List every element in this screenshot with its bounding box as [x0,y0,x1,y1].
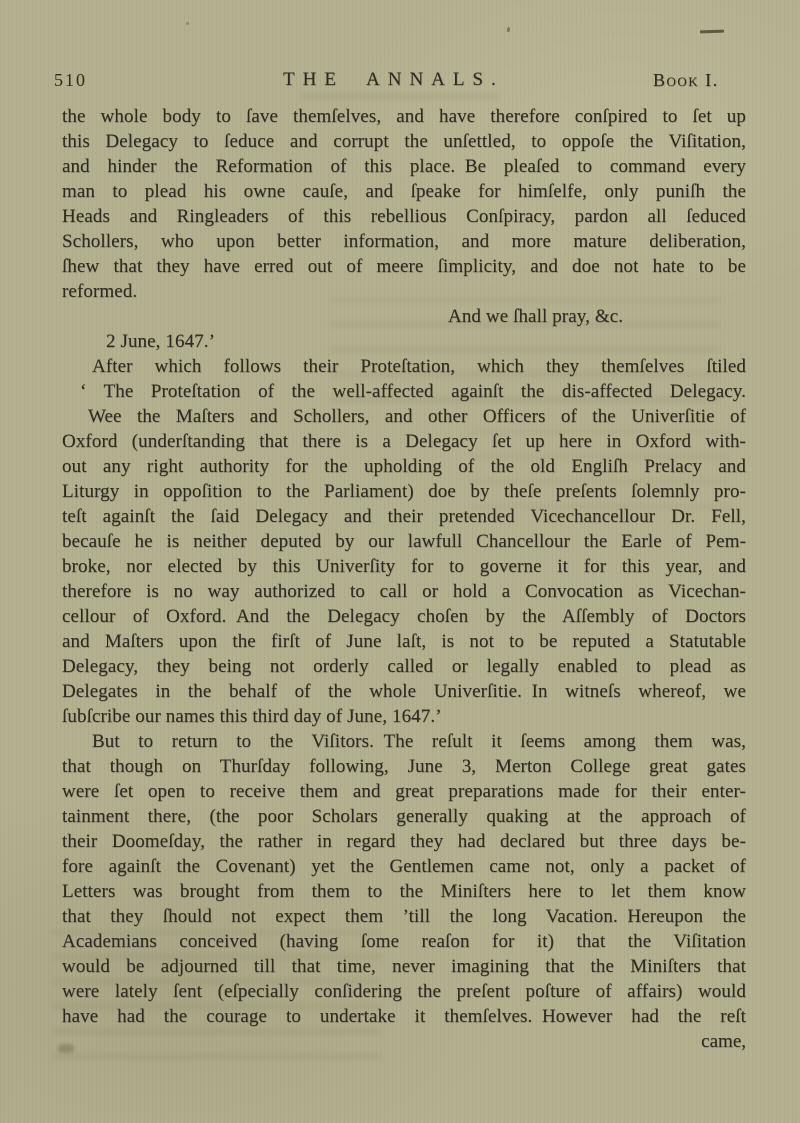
text-line: fore againſt the Covenant) yet the Gentl… [62,854,746,879]
text-line: were lately ſent (eſpecially conſidering… [62,979,746,1004]
running-title: THE ANNALS. [283,69,504,91]
catchword: came, [62,1029,746,1054]
text-line: this Delegacy to ſeduce and corrupt the … [62,129,746,154]
book-page: 510 THE ANNALS. Book I. the whole body t… [0,0,800,1123]
body-text: the whole body to ſave themſelves, and h… [62,104,746,1029]
text-line: Liturgy in oppoſition to the Parliament)… [62,479,746,504]
text-line: man to plead his owne cauſe, and ſpeake … [62,179,746,204]
text-line: Academians conceived (having ſome reaſon… [62,929,746,954]
text-line: ſubſcribe our names this third day of Ju… [62,704,746,729]
text-line: ‘ The Proteſtation of the well-affected … [62,379,746,404]
text-line: would be adjourned till that time, never… [62,954,746,979]
text-line: But to return to the Viſitors. The reſul… [62,729,746,754]
text-line: Heads and Ringleaders of this rebellious… [62,204,746,229]
text-line: that though on Thurſday following, June … [62,754,746,779]
text-line: have had the courage to undertake it the… [62,1004,746,1029]
text-line: their Doomeſday, the rather in regard th… [62,829,746,854]
ink-speck [507,27,510,32]
page-number: 510 [54,70,87,91]
text-line: becauſe he is neither deputed by our law… [62,529,746,554]
text-line: therefore is no way authorized to call o… [62,579,746,604]
ink-speck [186,22,189,25]
text-line: Schollers, who upon better information, … [62,229,746,254]
text-line: Letters was brought from them to the Min… [62,879,746,904]
text-line: Wee the Maſters and Schollers, and other… [62,404,746,429]
text-line: broke, nor elected by this Univerſity fo… [62,554,746,579]
text-line: After which follows their Proteſtation, … [62,354,746,379]
text-line: Delegacy, they being not orderly called … [62,654,746,679]
text-line: tainment there, (the poor Scholars gener… [62,804,746,829]
text-line: that they ſhould not expect them ’till t… [62,904,746,929]
text-line: out any right authority for the upholdin… [62,454,746,479]
text-line: Oxford (underſtanding that there is a De… [62,429,746,454]
text-line: reformed. [62,279,746,304]
text-line: And we ſhall pray, &c. [62,304,746,329]
text-line: ſhew that they have erred out of meere ſ… [62,254,746,279]
text-line: Delegates in the behalf of the whole Uni… [62,679,746,704]
book-label: Book I. [653,70,719,91]
ink-dash-artifact [700,30,724,33]
text-line: and hinder the Reformation of this place… [62,154,746,179]
text-line: cellour of Oxford. And the Delegacy choſ… [62,604,746,629]
text-line: were ſet open to receive them and great … [62,779,746,804]
text-line: the whole body to ſave themſelves, and h… [62,104,746,129]
text-line: 2 June, 1647.’ [62,329,746,354]
text-line: teſt againſt the ſaid Delegacy and their… [62,504,746,529]
text-line: and Maſters upon the firſt of June laſt,… [62,629,746,654]
